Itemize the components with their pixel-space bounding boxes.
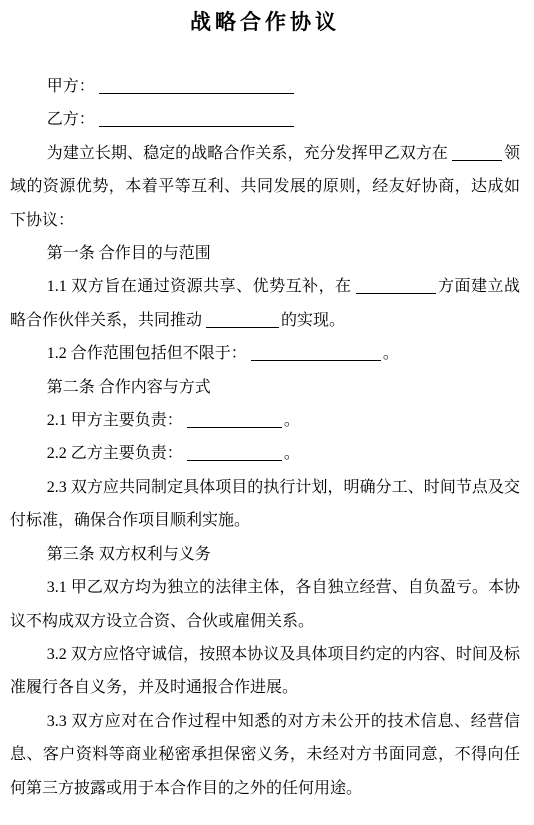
party-a-line: 甲方： [10, 70, 520, 103]
clause-1-1-text-pre: 1.1 双方旨在通过资源共享、优势互补，在 [47, 278, 352, 295]
clause-1-2: 1.2 合作范围包括但不限于：。 [10, 337, 520, 370]
field-domain-blank[interactable] [452, 145, 502, 161]
party-a-label: 甲方： [47, 78, 95, 95]
intro-paragraph: 为建立长期、稳定的战略合作关系，充分发挥甲乙双方在领域的资源优势，本着平等互利、… [10, 137, 520, 237]
clause-3-2: 3.2 双方应恪守诚信，按照本协议及具体项目约定的内容、时间及标准履行各自义务，… [10, 638, 520, 705]
section-2-heading: 第二条 合作内容与方式 [10, 371, 520, 404]
party-b-label: 乙方： [47, 111, 95, 128]
party-a-blank-field[interactable] [99, 78, 294, 94]
clause-2-2-text-post: 。 [284, 445, 300, 462]
field-party-b-duty-blank[interactable] [187, 445, 282, 461]
document-page: 战略合作协议 甲方： 乙方： 为建立长期、稳定的战略合作关系，充分发挥甲乙双方在… [0, 0, 534, 825]
clause-3-1: 3.1 甲乙双方均为独立的法律主体，各自独立经营、自负盈亏。本协议不构成双方设立… [10, 571, 520, 638]
section-1-heading: 第一条 合作目的与范围 [10, 237, 520, 270]
document-title: 战略合作协议 [10, 8, 520, 36]
clause-1-2-text-pre: 1.2 合作范围包括但不限于： [47, 345, 247, 362]
clause-2-2: 2.2 乙方主要负责：。 [10, 437, 520, 470]
clause-1-1: 1.1 双方旨在通过资源共享、优势互补，在方面建立战略合作伙伴关系，共同推动的实… [10, 270, 520, 337]
clause-1-1-text-post: 的实现。 [281, 312, 345, 329]
section-3-heading: 第三条 双方权利与义务 [10, 538, 520, 571]
field-aspect-blank[interactable] [356, 278, 436, 294]
document-body: 甲方： 乙方： 为建立长期、稳定的战略合作关系，充分发挥甲乙双方在领域的资源优势… [10, 70, 520, 805]
clause-2-1-text-post: 。 [284, 412, 300, 429]
clause-2-1-text-pre: 2.1 甲方主要负责： [47, 412, 183, 429]
clause-2-2-text-pre: 2.2 乙方主要负责： [47, 445, 183, 462]
clause-1-2-text-post: 。 [383, 345, 399, 362]
clause-2-1: 2.1 甲方主要负责：。 [10, 404, 520, 437]
clause-3-3: 3.3 双方应对在合作过程中知悉的对方未公开的技术信息、经营信息、客户资料等商业… [10, 705, 520, 805]
party-b-blank-field[interactable] [99, 111, 294, 127]
party-b-line: 乙方： [10, 103, 520, 136]
field-goal-blank[interactable] [206, 312, 279, 328]
intro-text-pre: 为建立长期、稳定的战略合作关系，充分发挥甲乙双方在 [47, 145, 448, 162]
clause-2-3: 2.3 双方应共同制定具体项目的执行计划，明确分工、时间节点及交付标准，确保合作… [10, 471, 520, 538]
field-party-a-duty-blank[interactable] [187, 412, 282, 428]
field-scope-blank[interactable] [251, 345, 381, 361]
